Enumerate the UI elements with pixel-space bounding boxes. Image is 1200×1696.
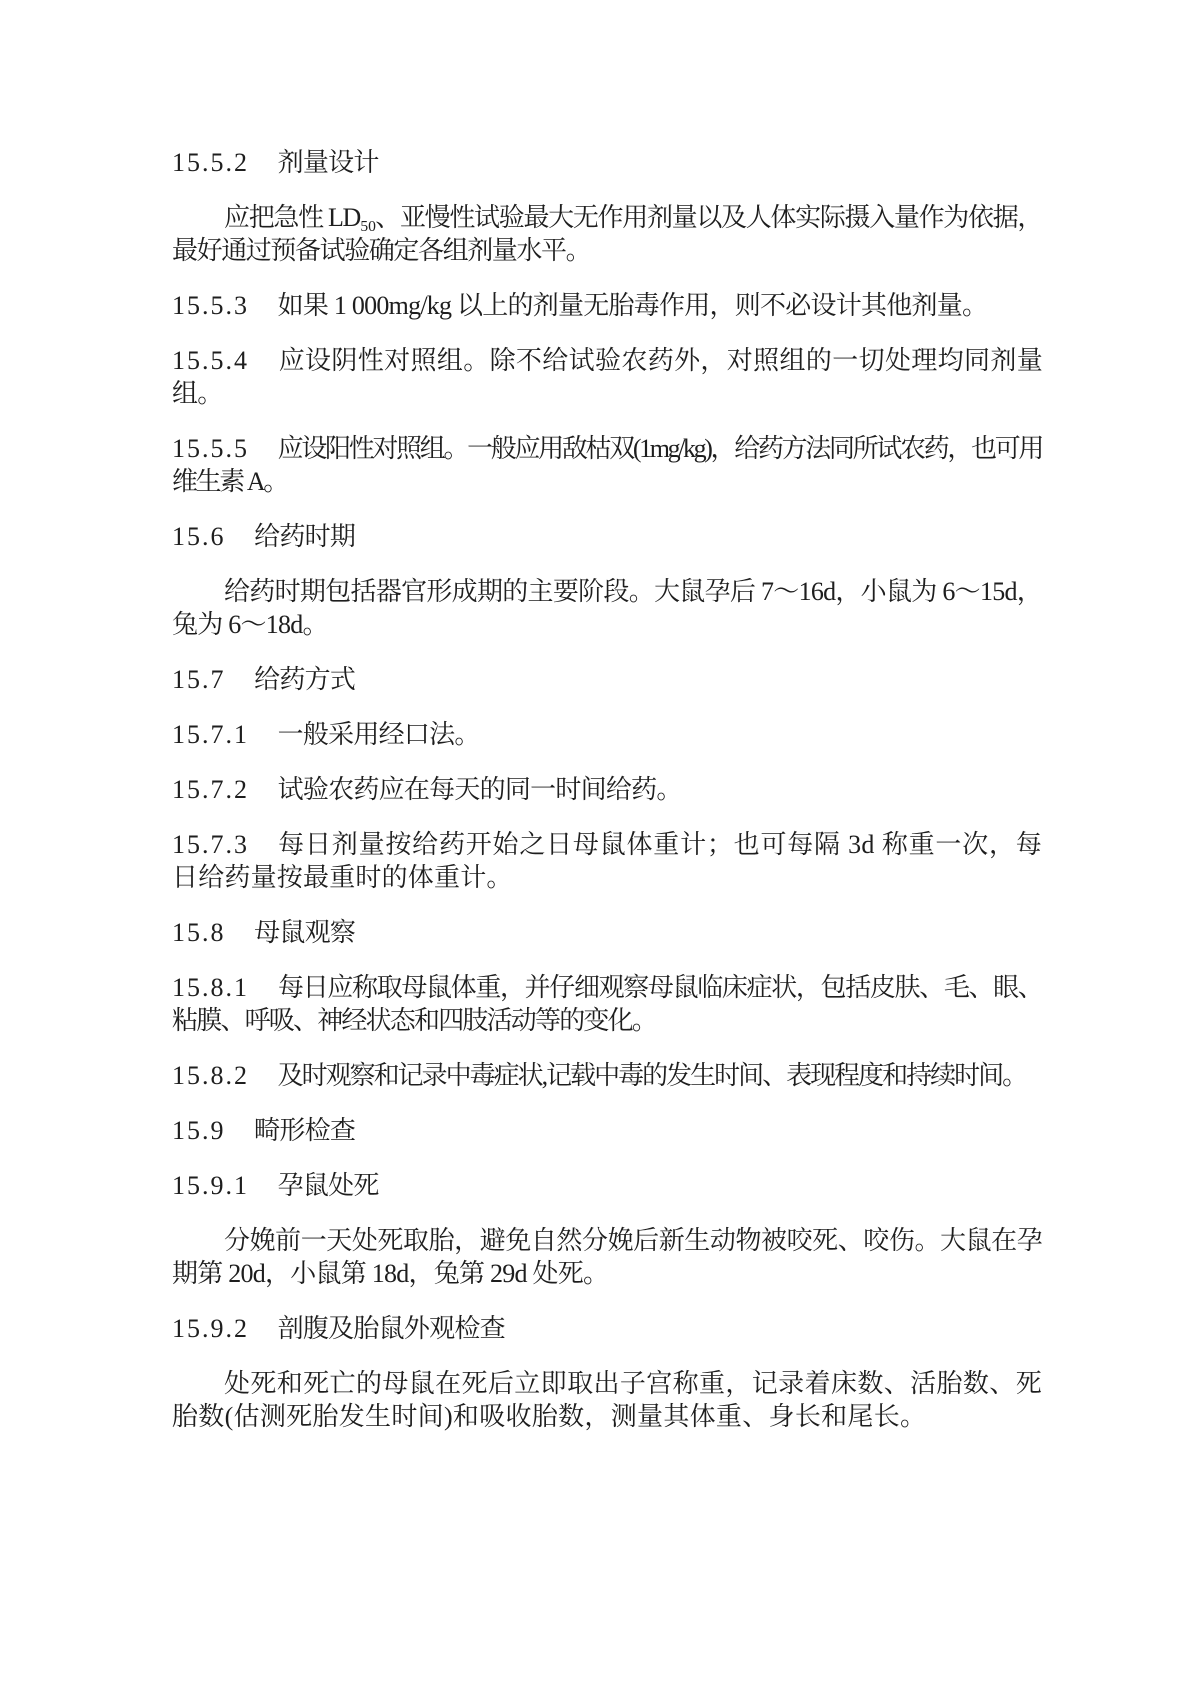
clause-text: 孕鼠处死: [278, 1171, 379, 1200]
clause: 15.5.5应设阳性对照组。一般应用敌枯双(1mg/kg)，给药方法同所试农药，…: [172, 432, 1042, 498]
clause-number: 15.8.2: [172, 1061, 249, 1090]
clause-text: 给药方式: [254, 665, 355, 694]
clause-number: 15.9.2: [172, 1314, 249, 1343]
clause-text: 一般采用经口法。: [278, 720, 480, 749]
clause-heading: 15.9.2剖腹及胎鼠外观检查: [172, 1312, 1042, 1345]
clause: 15.8.2及时观察和记录中毒症状,记载中毒的发生时间、表现程度和持续时间。: [172, 1059, 1042, 1092]
paragraph: 分娩前一天处死取胎，避免自然分娩后新生动物被咬死、咬伤。大鼠在孕期第 20d，小…: [172, 1224, 1042, 1290]
clause-number: 15.5.4: [172, 346, 249, 375]
clause-heading: 15.7给药方式: [172, 663, 1042, 696]
clause-number: 15.6: [172, 522, 226, 551]
clause-text: 畸形检查: [254, 1116, 355, 1145]
clause-number: 15.7: [172, 665, 226, 694]
clause-heading: 15.5.2剂量设计: [172, 146, 1042, 179]
paragraph: 处死和死亡的母鼠在死后立即取出子宫称重，记录着床数、活胎数、死胎数(估测死胎发生…: [172, 1367, 1042, 1433]
clause-number: 15.5.2: [172, 148, 249, 177]
clause-text: 剂量设计: [278, 148, 379, 177]
clause-text: 母鼠观察: [254, 918, 355, 947]
clause: 15.8.1每日应称取母鼠体重，并仔细观察母鼠临床症状，包括皮肤、毛、眼、粘膜、…: [172, 971, 1042, 1037]
clause-number: 15.5.3: [172, 291, 249, 320]
clause-number: 15.8: [172, 918, 226, 947]
clause-number: 15.7.3: [172, 830, 249, 859]
clause-number: 15.9.1: [172, 1171, 249, 1200]
clause-text: 及时观察和记录中毒症状,记载中毒的发生时间、表现程度和持续时间。: [278, 1061, 1027, 1090]
clause: 15.5.4应设阴性对照组。除不给试验农药外，对照组的一切处理均同剂量组。: [172, 344, 1042, 410]
clause: 15.7.1一般采用经口法。: [172, 718, 1042, 751]
clause-number: 15.7.1: [172, 720, 249, 749]
clause-text: 每日应称取母鼠体重，并仔细观察母鼠临床症状，包括皮肤、毛、眼、粘膜、呼吸、神经状…: [172, 973, 1042, 1035]
clause-number: 15.9: [172, 1116, 226, 1145]
paragraph: 应把急性 LD₅₀、亚慢性试验最大无作用剂量以及人体实际摄入量作为依据，最好通过…: [172, 201, 1042, 267]
document-content: 15.5.2剂量设计应把急性 LD₅₀、亚慢性试验最大无作用剂量以及人体实际摄入…: [172, 146, 1042, 1455]
clause-number: 15.7.2: [172, 775, 249, 804]
clause-text: 如果 1 000mg/kg 以上的剂量无胎毒作用，则不必设计其他剂量。: [278, 291, 988, 320]
clause-text: 每日剂量按给药开始之日母鼠体重计；也可每隔 3d 称重一次，每日给药量按最重时的…: [172, 830, 1042, 892]
clause-text: 试验农药应在每天的同一时间给药。: [278, 775, 682, 804]
clause-text: 应设阳性对照组。一般应用敌枯双(1mg/kg)，给药方法同所试农药，也可用维生素…: [172, 434, 1042, 496]
clause: 15.7.3每日剂量按给药开始之日母鼠体重计；也可每隔 3d 称重一次，每日给药…: [172, 828, 1042, 894]
clause-text: 给药时期: [254, 522, 355, 551]
clause-heading: 15.6给药时期: [172, 520, 1042, 553]
clause-heading: 15.8母鼠观察: [172, 916, 1042, 949]
clause-number: 15.5.5: [172, 434, 249, 463]
clause-heading: 15.9畸形检查: [172, 1114, 1042, 1147]
clause: 15.7.2试验农药应在每天的同一时间给药。: [172, 773, 1042, 806]
clause-number: 15.8.1: [172, 973, 249, 1002]
scanned-page: 15.5.2剂量设计应把急性 LD₅₀、亚慢性试验最大无作用剂量以及人体实际摄入…: [0, 0, 1200, 1696]
clause-heading: 15.9.1孕鼠处死: [172, 1169, 1042, 1202]
clause: 15.5.3如果 1 000mg/kg 以上的剂量无胎毒作用，则不必设计其他剂量…: [172, 289, 1042, 322]
clause-text: 剖腹及胎鼠外观检查: [278, 1314, 505, 1343]
paragraph: 给药时期包括器官形成期的主要阶段。大鼠孕后 7～16d，小鼠为 6～15d，兔为…: [172, 575, 1042, 641]
clause-text: 应设阴性对照组。除不给试验农药外，对照组的一切处理均同剂量组。: [172, 346, 1042, 408]
